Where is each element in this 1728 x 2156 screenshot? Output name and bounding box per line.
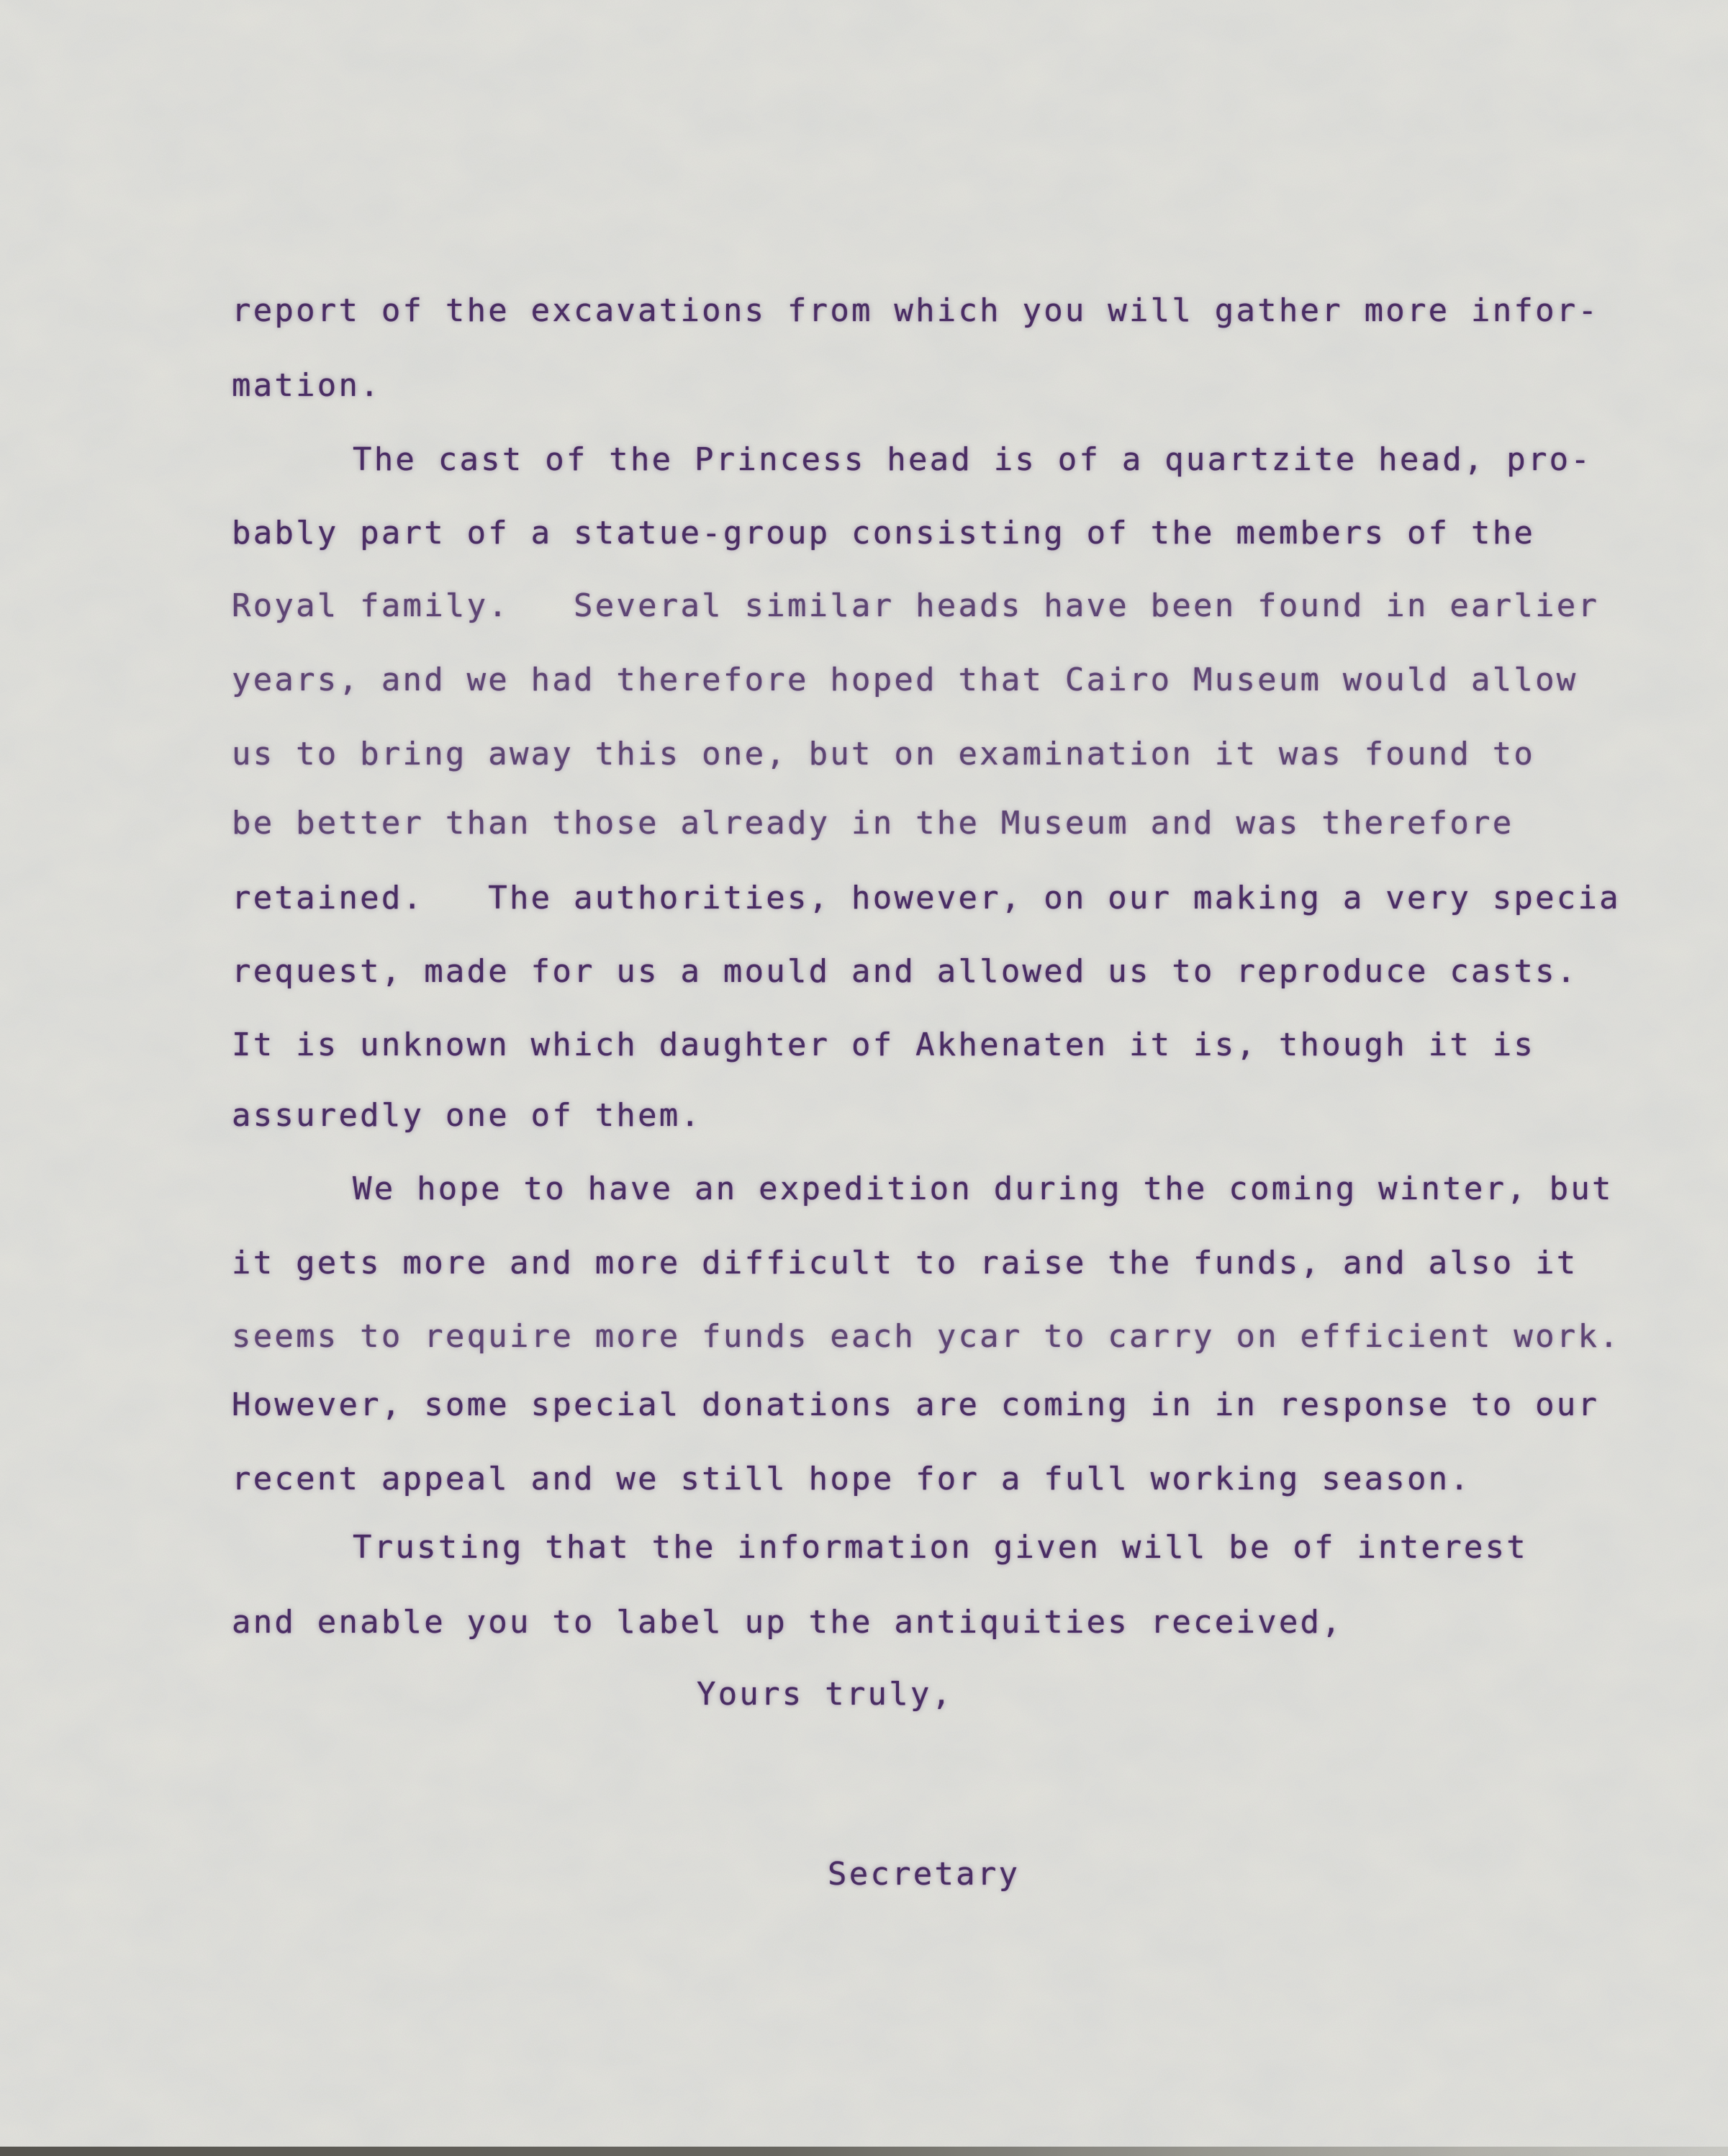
letter-line: retained. The authorities, however, on o…	[232, 883, 1621, 914]
letter-line: Royal family. Several similar heads have…	[232, 590, 1599, 622]
letter-line: mation.	[232, 370, 381, 402]
letter-line: years, and we had therefore hoped that C…	[232, 664, 1578, 696]
letter-line: Trusting that the information given will…	[353, 1532, 1528, 1564]
letter-line: us to bring away this one, but on examin…	[232, 739, 1535, 770]
letter-line: it gets more and more difficult to raise…	[232, 1248, 1578, 1279]
letter-line: recent appeal and we still hope for a fu…	[232, 1463, 1471, 1495]
scan-edge	[0, 2147, 1728, 2156]
letter-line: bably part of a statue-group consisting …	[232, 518, 1535, 549]
letter-line: It is unknown which daughter of Akhenate…	[232, 1029, 1535, 1061]
letter-line: However, some special donations are comi…	[232, 1389, 1599, 1421]
letter-line: The cast of the Princess head is of a qu…	[353, 444, 1592, 476]
letter-page: report of the excavations from which you…	[0, 0, 1728, 2156]
letter-line: seems to require more funds each ycar to…	[232, 1321, 1621, 1353]
letter-line: assuredly one of them.	[232, 1100, 702, 1132]
closing-line: Yours truly,	[697, 1679, 953, 1710]
letter-line: be better than those already in the Muse…	[232, 808, 1514, 839]
letter-line: and enable you to label up the antiquiti…	[232, 1607, 1343, 1638]
letter-line: report of the excavations from which you…	[232, 295, 1599, 327]
letter-line: We hope to have an expedition during the…	[353, 1173, 1614, 1205]
signature-title: Secretary	[828, 1859, 1020, 1890]
letter-line: request, made for us a mould and allowed…	[232, 956, 1578, 988]
